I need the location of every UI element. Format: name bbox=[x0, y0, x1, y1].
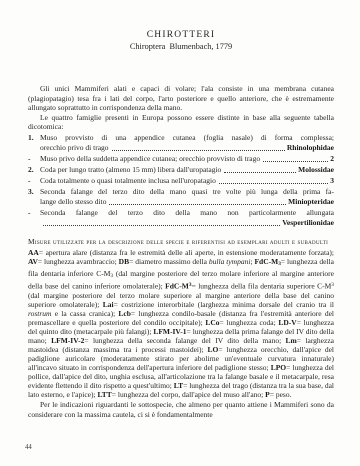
measure-abbrev: LPO bbox=[271, 363, 286, 372]
measure-abbrev: rostrum bbox=[28, 309, 51, 318]
measure-abbrev: FdC-M bbox=[254, 257, 278, 266]
key-item-number: 1. bbox=[28, 133, 34, 143]
key-item-taxon: Miniopteridae bbox=[288, 197, 334, 207]
page-number: 44 bbox=[25, 444, 32, 451]
key-item-number: 3. bbox=[28, 187, 34, 197]
key-item: 2.Coda per lungo tratto (almeno 15 mm) l… bbox=[28, 165, 334, 175]
key-item-lastline: Coda totalmente o quasi totalmente inclu… bbox=[40, 176, 334, 186]
measure-abbrev: LCo bbox=[205, 318, 219, 327]
measure-text: = lunghezza della fila dentaria superior… bbox=[192, 282, 332, 291]
dotted-leader bbox=[224, 172, 296, 173]
measure-abbrev: Lai bbox=[103, 300, 114, 309]
key-item-lastline: Vespertilionidae bbox=[40, 218, 334, 228]
dotted-leader bbox=[43, 225, 280, 226]
measure-abbrev: Lcb bbox=[118, 309, 131, 318]
key-item-text: Coda totalmente o quasi totalmente inclu… bbox=[40, 176, 216, 186]
measure-abbrev: LFM-IV-2 bbox=[51, 336, 84, 345]
key-item-number: 2. bbox=[28, 165, 34, 175]
key-item: 3.Seconda falange del terzo dito della m… bbox=[28, 187, 334, 207]
key-item-taxon: 2 bbox=[330, 154, 334, 164]
key-item: 1.Muso provvisto di una appendice cutane… bbox=[28, 133, 334, 153]
measure-abbrev: AV bbox=[28, 257, 38, 266]
key-item-text: Coda per lungo tratto (almeno 15 mm) lib… bbox=[40, 165, 221, 175]
key-item-lastline: Coda per lungo tratto (almeno 15 mm) lib… bbox=[40, 165, 334, 175]
measure-text: = diametro massimo della bbox=[129, 257, 209, 266]
key-item-number: - bbox=[28, 208, 31, 218]
dotted-leader bbox=[219, 183, 328, 184]
measure-abbrev: LO bbox=[208, 345, 219, 354]
measure-abbrev: AA bbox=[28, 248, 39, 257]
key-item-text: orecchio privo di trago bbox=[40, 143, 109, 153]
measure-abbrev: 3 bbox=[331, 282, 334, 288]
key-item: -Seconda falange del terzo dito della ma… bbox=[28, 208, 334, 228]
measure-abbrev: DB bbox=[119, 257, 129, 266]
measure-text: = lunghezza della seconda falange del IV… bbox=[84, 336, 285, 345]
key-item-lastline: lange dello stesso ditoMiniopteridae bbox=[40, 197, 334, 207]
text-block: CHIROTTERI Chiroptera Blumenbach, 1779 G… bbox=[28, 0, 334, 419]
intro-paragraph-1: Gli unici Mammiferi alati e capaci di vo… bbox=[28, 84, 334, 113]
key-item: -Muso privo della suddetta appendice cut… bbox=[28, 154, 334, 164]
measure-abbrev: FdC-M bbox=[165, 282, 189, 291]
measure-abbrev: bulla tympani bbox=[209, 257, 251, 266]
dotted-leader bbox=[263, 161, 328, 162]
key-item-text: Muso provvisto di una appendice cutanea … bbox=[40, 133, 334, 143]
measure-abbrev: LD-V bbox=[278, 318, 296, 327]
key-item-taxon: 3 bbox=[330, 176, 334, 186]
key-item-text: Seconda falange del terzo dito della man… bbox=[40, 208, 334, 218]
closing-paragraph: Per le indicazioni riguardanti le sottos… bbox=[28, 400, 334, 419]
book-page: CHIROTTERI Chiroptera Blumenbach, 1779 G… bbox=[0, 0, 360, 466]
measure-abbrev: LFM-IV-1 bbox=[153, 327, 186, 336]
measure-text: = lunghezza coda; bbox=[220, 318, 279, 327]
measure-abbrev: Lm bbox=[286, 336, 297, 345]
dotted-leader bbox=[112, 150, 285, 151]
key-item-number: - bbox=[28, 176, 31, 186]
measures-paragraph: AA= apertura alare (distanza fra le estr… bbox=[28, 248, 334, 399]
measure-text: = costrizione interorbitale (larghezza m… bbox=[114, 300, 334, 309]
measures-heading: Misure utilizzate per la descrizione del… bbox=[28, 237, 334, 247]
intro-paragraph-2: Le quattro famiglie presenti in Europa p… bbox=[28, 113, 334, 132]
key-item-text: lange dello stesso dito bbox=[40, 197, 106, 207]
page-subtitle: Chiroptera Blumenbach, 1779 bbox=[28, 42, 334, 51]
page-title: CHIROTTERI bbox=[28, 30, 334, 40]
key-item-text: Muso privo della suddetta appendice cuta… bbox=[40, 154, 260, 164]
measure-text: = lunghezza del corpo, dall'apice del mu… bbox=[112, 390, 265, 399]
dotted-leader bbox=[109, 204, 286, 205]
measure-abbrev: LTT bbox=[97, 390, 111, 399]
key-item-lastline: orecchio privo di tragoRhinolophidae bbox=[40, 143, 334, 153]
measure-text: = peso. bbox=[270, 390, 292, 399]
dichotomous-key: 1.Muso provvisto di una appendice cutane… bbox=[28, 133, 334, 228]
intro-section: Gli unici Mammiferi alati e capaci di vo… bbox=[28, 84, 334, 132]
measure-text: e la cassa cranica); bbox=[51, 309, 118, 318]
key-item: -Coda totalmente o quasi totalmente incl… bbox=[28, 176, 334, 186]
key-item-text: Seconda falange del terzo dito della man… bbox=[40, 187, 334, 197]
key-item-taxon: Rhinolophidae bbox=[287, 143, 334, 153]
key-item-number: - bbox=[28, 154, 31, 164]
key-item-taxon: Vespertilionidae bbox=[282, 218, 334, 228]
key-item-taxon: Molossidae bbox=[298, 165, 334, 175]
measure-abbrev: LT bbox=[174, 381, 183, 390]
measure-text: = lunghezza avambraccio; bbox=[38, 257, 119, 266]
key-item-lastline: Muso privo della suddetta appendice cuta… bbox=[40, 154, 334, 164]
measure-text: = apertura alare (distanza fra le estrem… bbox=[39, 248, 334, 257]
chapter-header: CHIROTTERI Chiroptera Blumenbach, 1779 bbox=[28, 30, 334, 51]
